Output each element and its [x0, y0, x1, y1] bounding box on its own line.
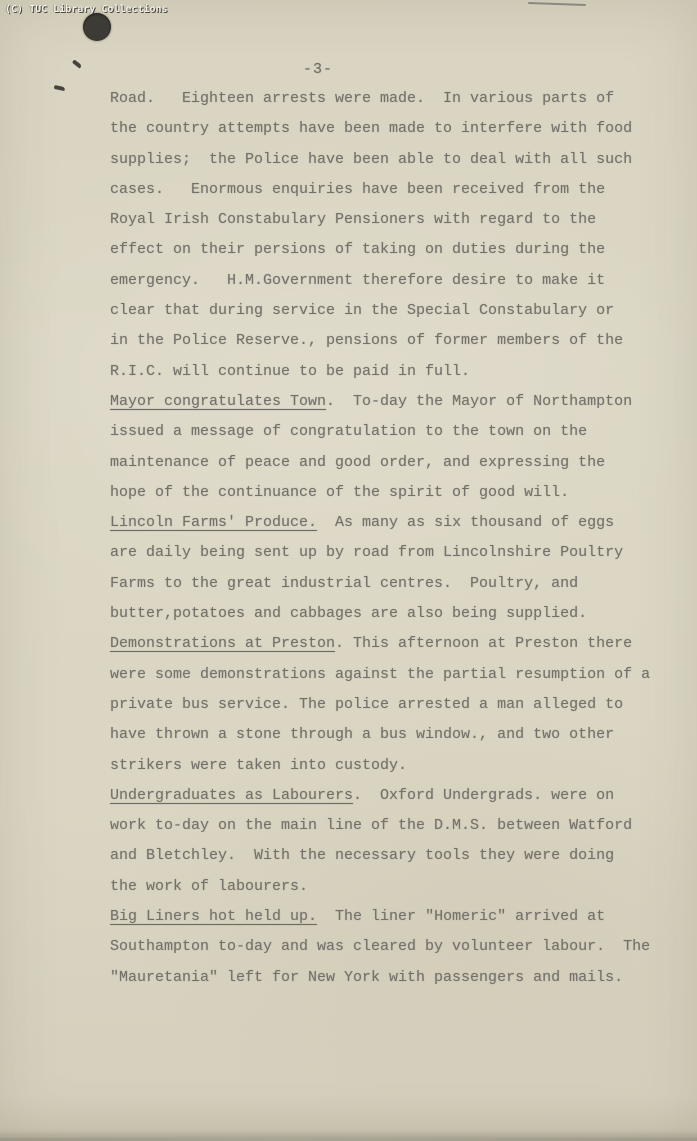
typed-line: cases. Enormous enquiries have been rece… — [110, 175, 670, 205]
typed-line: the work of labourers. — [110, 872, 670, 902]
document-lines: Road. Eighteen arrests were made. In var… — [110, 84, 670, 993]
typed-line: "Mauretania" left for New York with pass… — [110, 963, 670, 993]
typed-line: butter,potatoes and cabbages are also be… — [110, 599, 670, 629]
typed-line: R.I.C. will continue to be paid in full. — [110, 357, 670, 387]
typed-line: in the Police Reserve., pensions of form… — [110, 326, 670, 356]
typed-line: strikers were taken into custody. — [110, 751, 670, 781]
typed-line: Lincoln Farms' Produce. As many as six t… — [110, 508, 670, 538]
typed-line: hope of the continuance of the spirit of… — [110, 478, 670, 508]
typed-line: issued a message of congratulation to th… — [110, 417, 670, 447]
underlined-heading: Lincoln Farms' Produce. — [110, 514, 317, 531]
typed-line: were some demonstrations against the par… — [110, 660, 670, 690]
hole-punch — [83, 13, 111, 41]
typed-line: maintenance of peace and good order, and… — [110, 448, 670, 478]
typed-line: Southampton to-day and was cleared by vo… — [110, 932, 670, 962]
scan-artifact-dash — [528, 2, 586, 6]
pen-mark — [54, 85, 66, 91]
typed-line: supplies; the Police have been able to d… — [110, 145, 670, 175]
collection-watermark: (C) TUC Library Collections — [5, 4, 168, 15]
typed-line: work to-day on the main line of the D.M.… — [110, 811, 670, 841]
typed-line: clear that during service in the Special… — [110, 296, 670, 326]
pen-mark — [72, 59, 82, 68]
typed-line: Road. Eighteen arrests were made. In var… — [110, 84, 670, 114]
typed-line: the country attempts have been made to i… — [110, 114, 670, 144]
underlined-heading: Demonstrations at Preston — [110, 635, 335, 652]
typed-line: emergency. H.M.Government therefore desi… — [110, 266, 670, 296]
typed-line: have thrown a stone through a bus window… — [110, 720, 670, 750]
typed-line: effect on their persions of taking on du… — [110, 235, 670, 265]
typed-line: Big Liners hot held up. The liner "Homer… — [110, 902, 670, 932]
underlined-heading: Undergraduates as Labourers — [110, 787, 353, 804]
typed-line: private bus service. The police arrested… — [110, 690, 670, 720]
typed-line: Demonstrations at Preston. This afternoo… — [110, 629, 670, 659]
underlined-heading: Big Liners hot held up. — [110, 908, 317, 925]
scanned-document-page: (C) TUC Library Collections -3- Road. Ei… — [0, 0, 697, 1141]
page-number: -3- — [303, 61, 333, 78]
typed-line: Mayor congratulates Town. To-day the May… — [110, 387, 670, 417]
typed-line: Royal Irish Constabulary Pensioners with… — [110, 205, 670, 235]
typed-line: Farms to the great industrial centres. P… — [110, 569, 670, 599]
underlined-heading: Mayor congratulates Town — [110, 393, 326, 410]
typed-line: Undergraduates as Labourers. Oxford Unde… — [110, 781, 670, 811]
typed-line: and Bletchley. With the necessary tools … — [110, 841, 670, 871]
typed-line: are daily being sent up by road from Lin… — [110, 538, 670, 568]
